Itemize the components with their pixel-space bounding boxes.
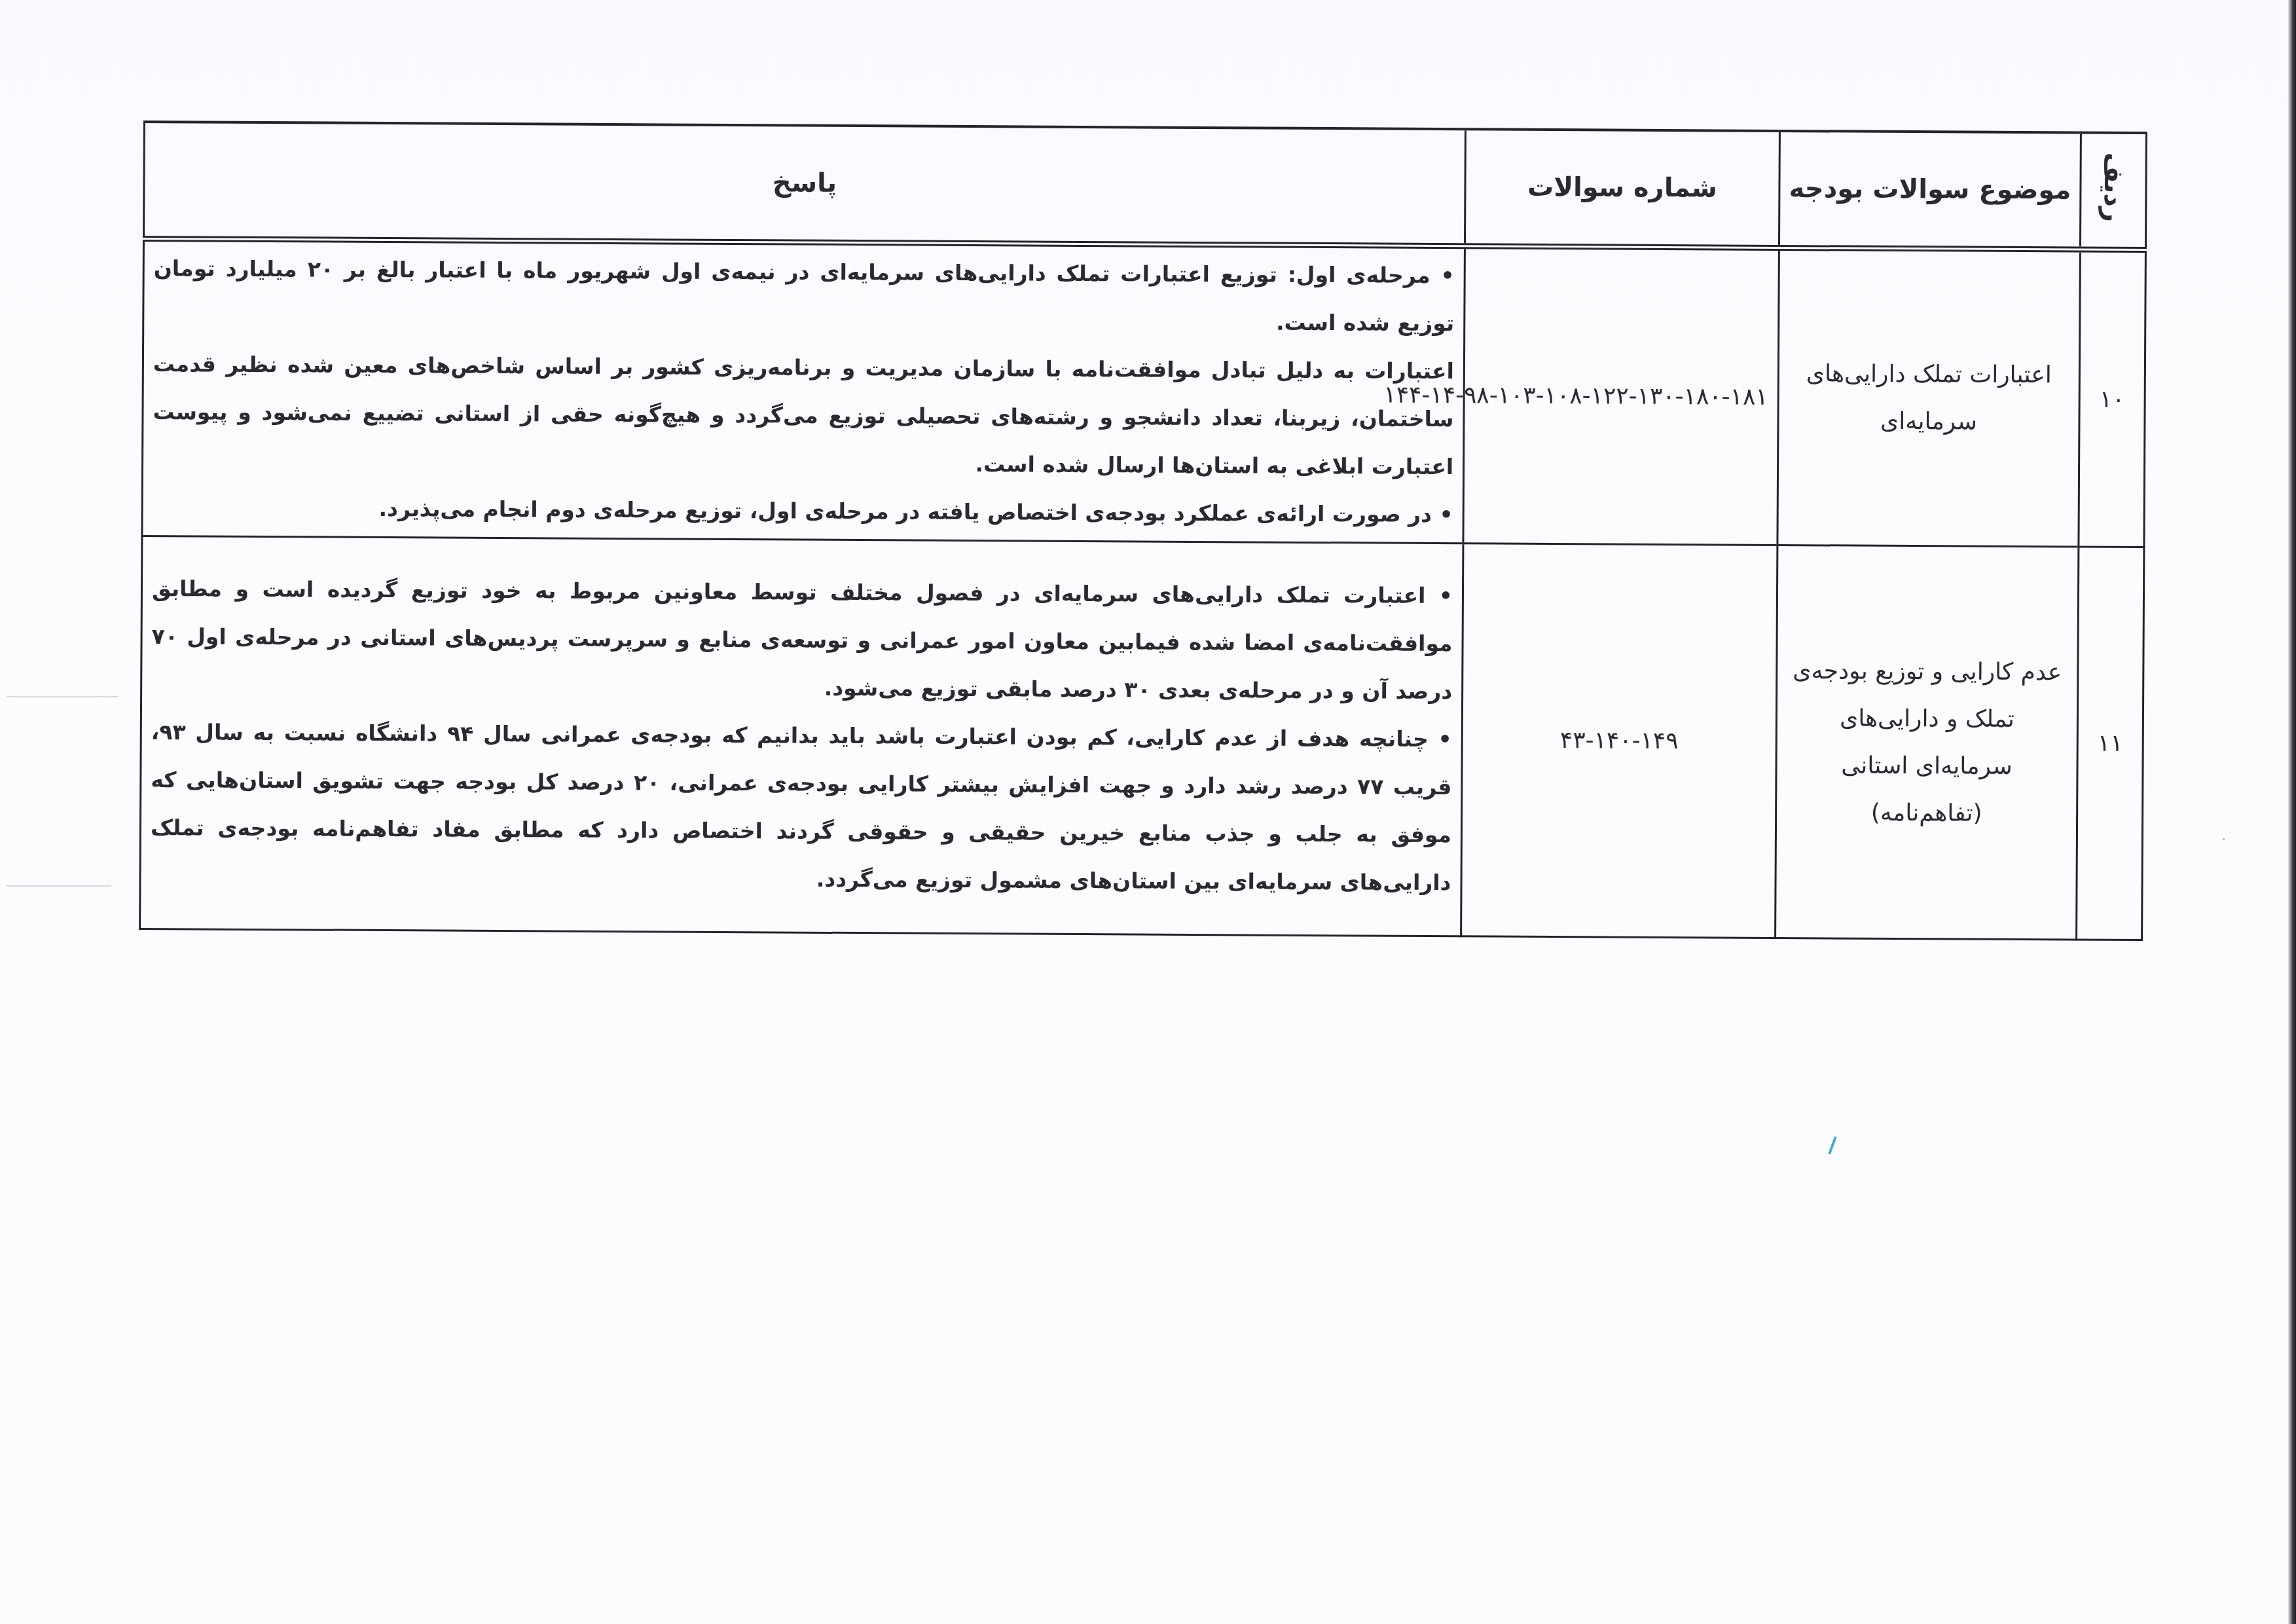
answer-paragraph: • در صورت ارائه‌ی عملکرد بودجه‌ی اختصاص … (152, 483, 1453, 538)
row-question-numbers: ۱۴۴-۱۴-۹۸-۱۰۳-۱۰۸-۱۲۲-۱۳۰-۱۸۰-۱۸۱ (1463, 246, 1779, 545)
row-number: ۱۱ (2077, 547, 2144, 940)
header-topic: موضوع سوالات بودجه (1779, 131, 2081, 249)
answer-paragraph: • چنانچه هدف از عدم کارایی، کم بودن اعتب… (150, 708, 1452, 906)
row-number: ۱۰ (2079, 249, 2146, 547)
scan-streak (7, 696, 118, 697)
row-answer: • مرحله‌ی اول: توزیع اعتبارات تملک دارای… (142, 238, 1465, 543)
header-radif-label: ردیف (2098, 153, 2129, 222)
row-answer: • اعتبارت تملک دارایی‌های سرمایه‌ای در ف… (140, 536, 1463, 936)
budget-questions-table: ردیف موضوع سوالات بودجه شماره سوالات پاس… (141, 120, 2147, 941)
answer-paragraph: • مرحله‌ی اول: توزیع اعتبارات تملک دارای… (153, 244, 1455, 347)
scanned-page: ردیف موضوع سوالات بودجه شماره سوالات پاس… (0, 0, 2296, 1624)
answer-paragraph: • اعتبارت تملک دارایی‌های سرمایه‌ای در ف… (151, 564, 1453, 715)
ink-dot (2223, 838, 2225, 840)
table-row: ۱۰ اعتبارات تملک دارایی‌های سرمایه‌ای ۱۴… (142, 238, 2145, 547)
answer-paragraph: اعتبارات به دلیل تبادل موافقت‌نامه با سا… (153, 340, 1454, 490)
row-question-numbers: ۴۳-۱۴۰-۱۴۹ (1461, 544, 1777, 938)
row-topic: عدم کارایی و توزیع بودجه‌ی تملک و دارایی… (1776, 545, 2079, 940)
row-topic: اعتبارات تملک دارایی‌های سرمایه‌ای (1777, 248, 2081, 547)
table-header-row: ردیف موضوع سوالات بودجه شماره سوالات پاس… (143, 122, 2146, 250)
header-radif: ردیف (2080, 133, 2146, 250)
table: ردیف موضوع سوالات بودجه شماره سوالات پاس… (139, 120, 2147, 941)
header-question-numbers: شماره سوالات (1465, 129, 1779, 248)
table-row: ۱۱ عدم کارایی و توزیع بودجه‌ی تملک و دار… (140, 536, 2144, 940)
header-answer: پاسخ (143, 122, 1465, 246)
scan-edge (2288, 0, 2296, 1624)
scan-streak (7, 885, 111, 887)
ink-mark (1828, 1136, 1836, 1154)
